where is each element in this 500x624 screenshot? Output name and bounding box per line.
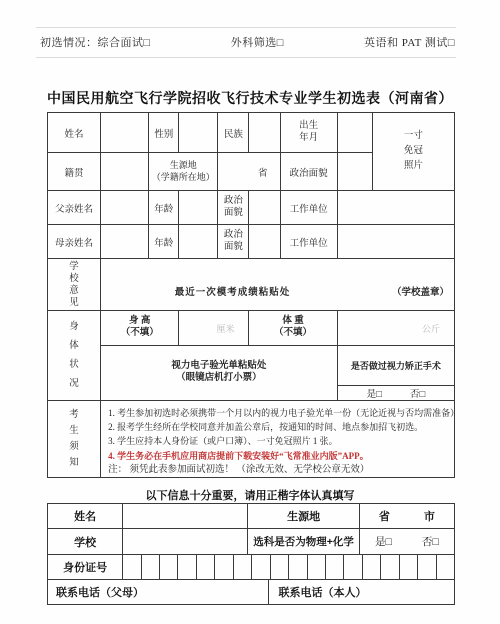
gender-label: 性别 bbox=[149, 113, 179, 153]
province-suffix-label: 省 bbox=[379, 508, 390, 524]
bottom-school-label: 学校 bbox=[48, 529, 123, 555]
bottom-origin-label: 生源地 bbox=[248, 504, 359, 529]
height-label: 身 高 （不填） bbox=[101, 311, 179, 346]
vision-surgery-question-label: 是否做过视力矫正手术 bbox=[337, 346, 454, 386]
origin-province-cell[interactable]: 省 bbox=[218, 153, 280, 191]
id-digit-cell[interactable] bbox=[399, 555, 417, 579]
mother-political-label: 政治 面貌 bbox=[218, 225, 249, 259]
ethnicity-label: 民族 bbox=[218, 113, 249, 153]
id-number-cells bbox=[123, 555, 455, 580]
birth-date-value-cell[interactable] bbox=[337, 113, 372, 153]
id-digit-cell[interactable] bbox=[141, 555, 159, 579]
top-divider bbox=[36, 27, 456, 28]
name-label: 姓名 bbox=[48, 113, 101, 153]
father-work-label: 工作单位 bbox=[280, 191, 337, 225]
bottom-province-city-cell[interactable]: 省 市 bbox=[359, 504, 454, 529]
political-status-label: 政治面貌 bbox=[280, 153, 337, 191]
father-age-value-cell[interactable] bbox=[179, 191, 218, 225]
important-info-table: 姓名 生源地 省 市 学校 选科是否为物理+化学 是□ 否□ 身份证号 bbox=[47, 503, 455, 605]
subject-no-checkbox[interactable]: 否□ bbox=[422, 534, 439, 549]
id-digit-cell[interactable] bbox=[436, 555, 454, 579]
id-digit-cell[interactable] bbox=[159, 555, 177, 579]
selection-status-header: 初选情况：综合面试□ 外科筛选□ 英语和 PAT 测试□ bbox=[40, 34, 455, 50]
native-place-label: 籍贯 bbox=[48, 153, 101, 191]
parent-phone-cell[interactable]: 联系电话（父母） bbox=[48, 580, 269, 605]
surgery-no-checkbox[interactable]: 否□ bbox=[410, 386, 425, 400]
mother-name-label: 母亲姓名 bbox=[48, 225, 101, 259]
self-phone-cell[interactable]: 联系电话（本人） bbox=[268, 580, 454, 605]
name-value-cell[interactable] bbox=[101, 113, 149, 153]
school-opinion-cell[interactable]: 最近一次模考成绩粘贴处 （学校盖章） bbox=[101, 259, 455, 311]
id-digit-cell[interactable] bbox=[123, 555, 140, 579]
id-digit-cell[interactable] bbox=[325, 555, 343, 579]
mother-name-value-cell[interactable] bbox=[101, 225, 149, 259]
ethnicity-value-cell[interactable] bbox=[249, 113, 280, 153]
id-digit-cell[interactable] bbox=[214, 555, 232, 579]
weight-value-cell[interactable]: 公斤 bbox=[337, 311, 454, 346]
notice-line-3: 3. 学生应持本人身份证（或户口簿）、一寸免冠照片 1 张。 bbox=[108, 434, 448, 448]
photo-placeholder: 一寸 免冠 照片 bbox=[372, 113, 454, 191]
bottom-school-value-cell[interactable] bbox=[123, 529, 248, 555]
id-digit-cell[interactable] bbox=[307, 555, 325, 579]
city-suffix-label: 市 bbox=[424, 508, 435, 524]
header-divider bbox=[36, 57, 456, 58]
checkbox-surgical-screening[interactable]: 外科筛选□ bbox=[231, 34, 284, 50]
political-status-value-cell[interactable] bbox=[337, 153, 372, 191]
notice-line-1: 1. 考生参加初选时必须携带一个月以内的视力电子验光单一份（无论近视与否均需准备… bbox=[108, 406, 448, 420]
father-political-label: 政治 面貌 bbox=[218, 191, 249, 225]
notice-line-5-note: 注： 须凭此表参加面试初选！ （涂改无效、无学校公章无效） bbox=[108, 463, 448, 477]
candidate-notice-label: 考 生 须 知 bbox=[48, 401, 101, 478]
id-digit-cell[interactable] bbox=[233, 555, 251, 579]
form-title: 中国民用航空飞行学院招收飞行技术专业学生初选表（河南省） bbox=[0, 88, 500, 108]
id-digit-cell[interactable] bbox=[251, 555, 269, 579]
important-info-heading: 以下信息十分重要，请用正楷字体认真填写 bbox=[0, 487, 500, 503]
mother-age-value-cell[interactable] bbox=[179, 225, 218, 259]
subject-selection-options-cell: 是□ 否□ bbox=[359, 529, 454, 555]
id-digit-cell[interactable] bbox=[177, 555, 195, 579]
id-digit-cell[interactable] bbox=[288, 555, 306, 579]
vision-slip-paste-area: 视力电子验光单粘贴处 （眼镜店机打小票） bbox=[101, 346, 338, 401]
mother-work-label: 工作单位 bbox=[280, 225, 337, 259]
height-value-cell[interactable]: 厘米 bbox=[179, 311, 249, 346]
mother-work-value-cell[interactable] bbox=[337, 225, 454, 259]
father-name-value-cell[interactable] bbox=[101, 191, 149, 225]
id-digit-cell[interactable] bbox=[417, 555, 435, 579]
father-age-label: 年龄 bbox=[149, 191, 179, 225]
checkbox-english-pat-test[interactable]: 英语和 PAT 测试□ bbox=[364, 34, 455, 50]
subject-yes-checkbox[interactable]: 是□ bbox=[375, 534, 392, 549]
birth-date-label: 出生 年月 bbox=[280, 113, 337, 153]
notice-line-4-app-required: 4. 学生务必在手机应用商店提前下载安装好“飞常准业内版”APP。 bbox=[108, 449, 448, 463]
id-digit-cell[interactable] bbox=[196, 555, 214, 579]
physical-condition-label: 身 体 状 况 bbox=[48, 311, 101, 401]
mother-age-label: 年龄 bbox=[149, 225, 179, 259]
bottom-name-label: 姓名 bbox=[48, 504, 123, 529]
gender-value-cell[interactable] bbox=[179, 113, 218, 153]
subject-selection-label: 选科是否为物理+化学 bbox=[248, 529, 359, 555]
father-name-label: 父亲姓名 bbox=[48, 191, 101, 225]
father-political-value-cell[interactable] bbox=[249, 191, 280, 225]
id-digit-cell[interactable] bbox=[380, 555, 398, 579]
father-work-value-cell[interactable] bbox=[337, 191, 454, 225]
mock-exam-paste-area-label: 最近一次模考成绩粘贴处 bbox=[175, 284, 381, 298]
checkbox-comprehensive-interview[interactable]: 初选情况：综合面试□ bbox=[40, 34, 151, 50]
id-digit-cell[interactable] bbox=[362, 555, 380, 579]
candidate-notice-content: 1. 考生参加初选时必须携带一个月以内的视力电子验光单一份（无论近视与否均需准备… bbox=[101, 401, 455, 478]
vision-surgery-options-cell: 是□ 否□ bbox=[337, 386, 454, 401]
id-digit-cell[interactable] bbox=[270, 555, 288, 579]
origin-place-label: 生源地 （学籍所在地） bbox=[149, 153, 218, 191]
school-opinion-label: 学 校 意 见 bbox=[48, 259, 101, 311]
native-place-value-cell[interactable] bbox=[101, 153, 149, 191]
notice-line-2: 2. 报考学生经所在学校同意并加盖公章后，按通知的时间、地点参加招飞初选。 bbox=[108, 420, 448, 434]
school-seal-label: （学校盖章） bbox=[392, 284, 449, 298]
id-number-label: 身份证号 bbox=[48, 555, 123, 580]
form-page: 初选情况：综合面试□ 外科筛选□ 英语和 PAT 测试□ 中国民用航空飞行学院招… bbox=[0, 0, 500, 624]
surgery-yes-checkbox[interactable]: 是□ bbox=[367, 386, 382, 400]
mother-political-value-cell[interactable] bbox=[249, 225, 280, 259]
weight-label: 体 重 （不填） bbox=[249, 311, 337, 346]
id-digit-cell[interactable] bbox=[343, 555, 361, 579]
bottom-name-value-cell[interactable] bbox=[123, 504, 248, 529]
main-form-table: 姓名 性别 民族 出生 年月 一寸 免冠 照片 籍贯 生源地 （学籍所在地） 省… bbox=[47, 112, 455, 478]
